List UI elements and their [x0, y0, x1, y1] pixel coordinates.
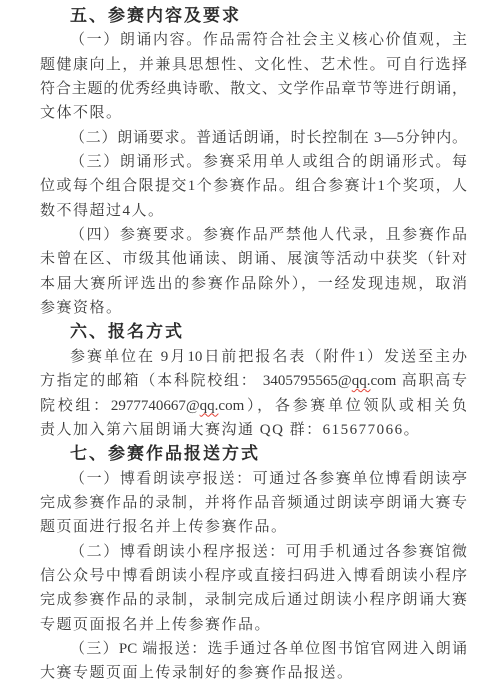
text-segment: 方指定的邮箱（本科院校组： 3405795565@ — [40, 373, 352, 389]
text-line-qq-group: 责人加入第六届朗诵大赛沟通 QQ 群：615677066。 — [40, 418, 467, 442]
text-line: 完成参赛作品的录制，并将作品音频通过朗读亭朗诵大赛专 — [40, 491, 467, 515]
text-line: 文体不限。 — [40, 101, 467, 125]
text-line: （四）参赛要求。参赛作品严禁他人代录，且参赛作品 — [40, 223, 467, 247]
text-line: （三）朗诵形式。参赛采用单人或组合的朗诵形式。每 — [40, 150, 467, 174]
text-line: （二）博看朗读小程序报送：可用手机通过各参赛馆微 — [40, 540, 467, 564]
text-line-email-vocational: 院校组：2977740667@qq.com），各参赛单位领队或相关负 — [40, 394, 467, 418]
text-line: 专题页面报名并上传参赛作品。 — [40, 613, 467, 637]
text-segment: 院校组：2977740667@ — [40, 398, 200, 414]
spellcheck-flagged-text: qq. — [200, 398, 219, 414]
text-segment: com 高职高专 — [371, 373, 468, 389]
text-line: （三）PC 端报送：选手通过各单位图书馆官网进入朗诵 — [40, 637, 467, 661]
heading-section-six: 六、报名方式 — [40, 320, 467, 344]
text-line: 题健康向上，并兼具思想性、文化性、艺术性。可自行选择 — [40, 53, 467, 77]
text-line: 信公众号中博看朗读小程序或直接扫码进入博看朗读小程序 — [40, 564, 467, 588]
text-line: 数不得超过4人。 — [40, 199, 467, 223]
text-line: 符合主题的优秀经典诗歌、散文、文学作品章节等进行朗诵， — [40, 77, 467, 101]
heading-section-seven: 七、参赛作品报送方式 — [40, 442, 467, 466]
text-line: （一）朗诵内容。作品需符合社会主义核心价值观，主 — [40, 28, 467, 52]
document-page: 五、参赛内容及要求 （一）朗诵内容。作品需符合社会主义核心价值观，主 题健康向上… — [0, 0, 500, 686]
text-line: 大赛专题页面上传录制好的参赛作品报送。 — [40, 661, 467, 685]
text-segment: com），各参赛单位领队或相关负 — [218, 398, 467, 414]
text-line-email-undergraduate: 方指定的邮箱（本科院校组： 3405795565@qq.com 高职高专 — [40, 369, 467, 393]
text-line: 未曾在区、市级其他诵读、朗诵、展演等活动中获奖（针对 — [40, 247, 467, 271]
text-line: 参赛资格。 — [40, 296, 467, 320]
heading-section-five: 五、参赛内容及要求 — [40, 4, 467, 28]
text-segment: 责人加入第六届朗诵大赛沟通 QQ 群：615677066。 — [40, 422, 420, 438]
text-line: 参赛单位在 9月10日前把报名表（附件1）发送至主办 — [40, 345, 467, 369]
text-line: 题页面进行报名并上传参赛作品。 — [40, 515, 467, 539]
text-line: （二）朗诵要求。普通话朗诵，时长控制在 3—5分钟内。 — [40, 126, 467, 150]
spellcheck-flagged-text: qq. — [352, 373, 371, 389]
text-line: （一）博看朗读亭报送：可通过各参赛单位博看朗读亭 — [40, 467, 467, 491]
text-line: 本届大赛所评选出的参赛作品除外），一经发现违规，取消 — [40, 272, 467, 296]
text-line: 完成参赛作品的录制，录制完成后通过朗读小程序朗诵大赛 — [40, 588, 467, 612]
text-line: 位或每个组合限提交1个参赛作品。组合参赛计1个奖项，人 — [40, 174, 467, 198]
